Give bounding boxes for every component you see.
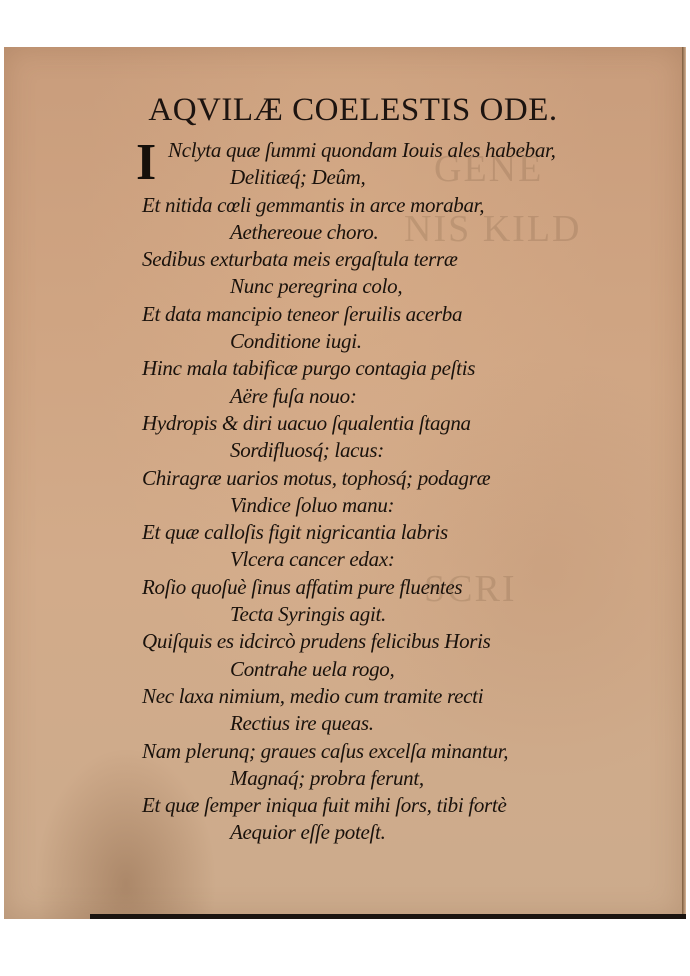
poem-line: Hydropis & diri uacuo ſqualentia ſtagna	[142, 410, 602, 437]
poem-line: Nunc peregrina colo,	[142, 273, 602, 300]
poem-line: Aequior eſſe poteſt.	[142, 819, 602, 846]
poem-line: Chiragræ uarios motus, tophosq́; podagræ	[142, 465, 602, 492]
poem-line: Magnaq́; probra ferunt,	[142, 765, 602, 792]
poem-line: Contrahe uela rogo,	[142, 656, 602, 683]
poem-line: Roſio quoſuè ſinus affatim pure fluentes	[142, 574, 602, 601]
poem-line: Quiſquis es idcircò prudens felicibus Ho…	[142, 628, 602, 655]
drop-cap: I	[136, 139, 156, 187]
poem-body: I Nclyta quæ ſummi quondam Iouis ales ha…	[142, 137, 602, 847]
page-shadow	[90, 914, 686, 919]
poem-line: Nam plerunq; graues caſus excelſa minant…	[142, 738, 602, 765]
poem-line: Tecta Syringis agit.	[142, 601, 602, 628]
poem-line: Sordifluosq́; lacus:	[142, 437, 602, 464]
poem-title: AQVILÆ COELESTIS ODE.	[118, 92, 588, 129]
poem-line: Aethereoue choro.	[142, 219, 602, 246]
poem-line: Delitiæq́; Deûm,	[142, 164, 602, 191]
poem-line: Nclyta quæ ſummi quondam Iouis ales habe…	[142, 137, 602, 164]
poem-line: Et quæ ſemper iniqua fuit mihi ſors, tib…	[142, 792, 602, 819]
poem-line: Et nitida cœli gemmantis in arce morabar…	[142, 192, 602, 219]
poem-line: Vlcera cancer edax:	[142, 546, 602, 573]
page-edge	[682, 47, 686, 919]
poem-line: Nec laxa nimium, medio cum tramite recti	[142, 683, 602, 710]
poem-line: Conditione iugi.	[142, 328, 602, 355]
poem-line: Sedibus exturbata meis ergaſtula terræ	[142, 246, 602, 273]
poem-line: Aëre fuſa nouo:	[142, 383, 602, 410]
poem-line: Et quæ calloſis figit nigricantia labris	[142, 519, 602, 546]
poem-line: Vindice ſoluo manu:	[142, 492, 602, 519]
poem-line: Hinc mala tabificæ purgo contagia peſtis	[142, 355, 602, 382]
poem-line: Rectius ire queas.	[142, 710, 602, 737]
poem-line: Et data mancipio teneor ſeruilis acerba	[142, 301, 602, 328]
